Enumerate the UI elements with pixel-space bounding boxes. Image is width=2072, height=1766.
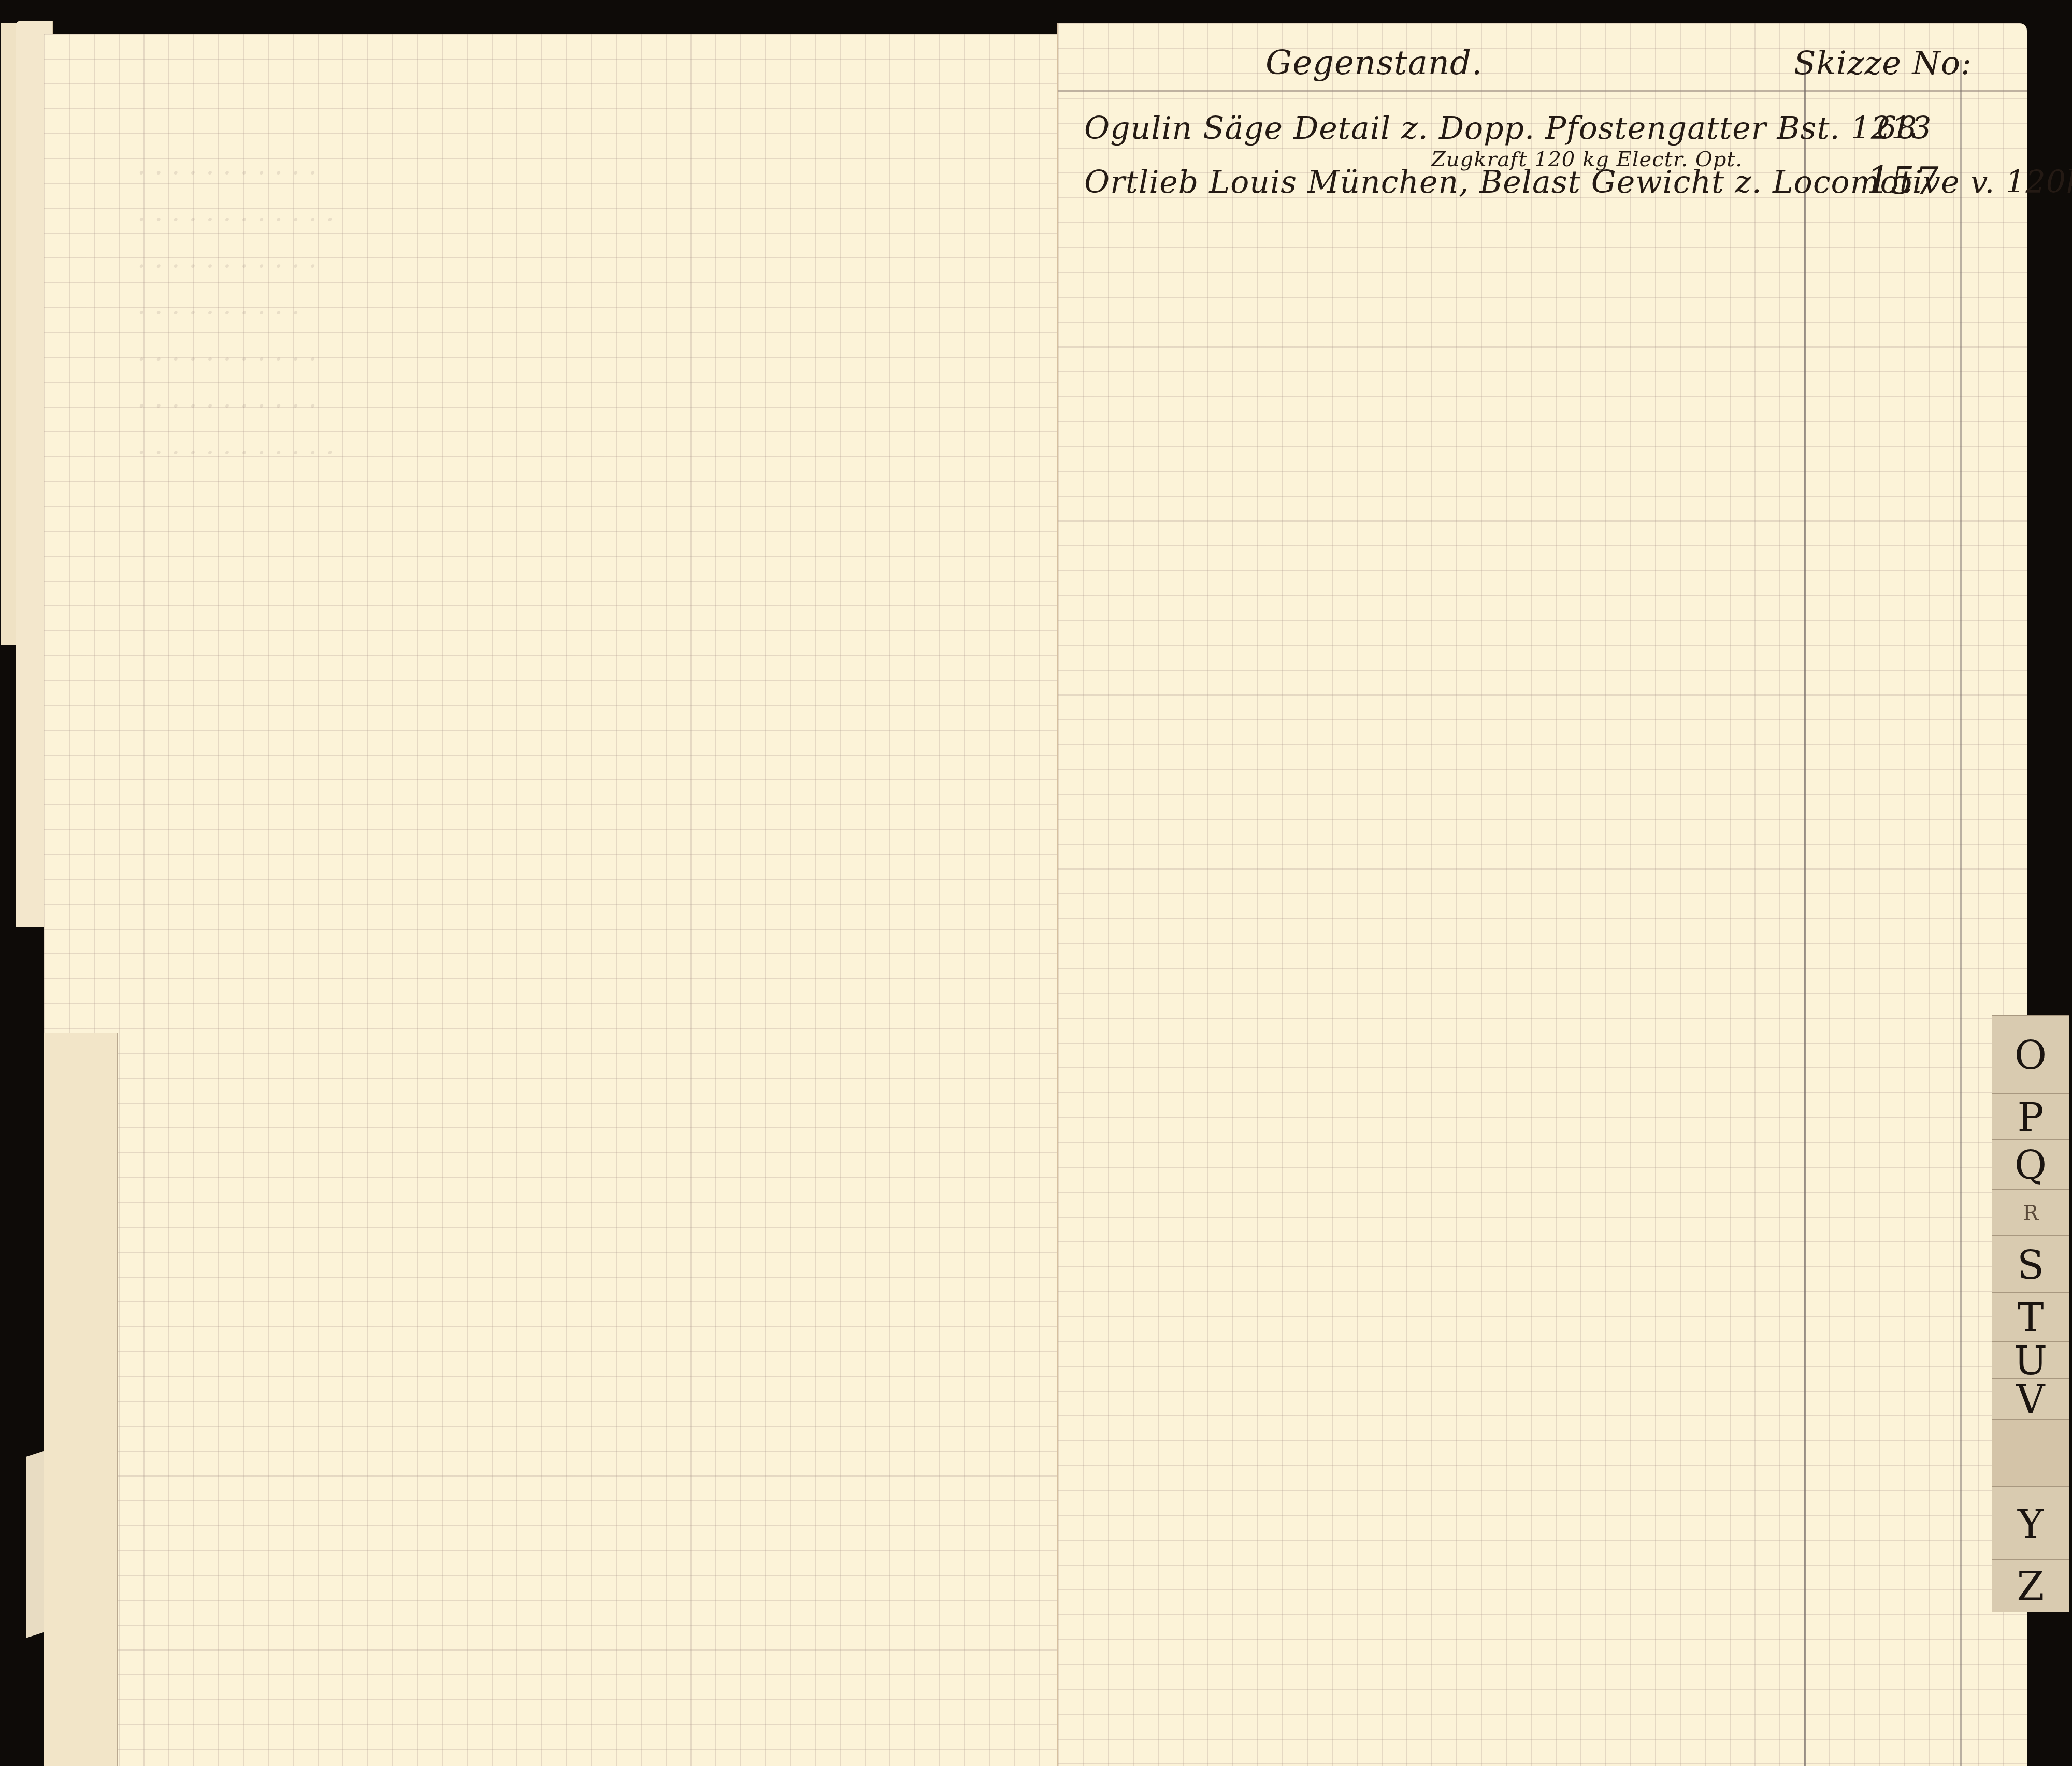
entry-sketch-no: 157 — [1866, 159, 1939, 202]
bleedthrough-line: · · · · · · · · · · · · — [137, 205, 334, 236]
entry-subject: Ogulin Säge Detail z. Dopp. Pfostengatte… — [1084, 110, 1932, 147]
left-page: · · · · · · · · · · · · · · · · · · · · … — [44, 34, 1057, 1766]
bleedthrough-line: · · · · · · · · · · — [137, 298, 300, 329]
bleedthrough-line: · · · · · · · · · · · — [137, 251, 317, 282]
column-divider — [1960, 60, 1962, 1766]
alphabet-index-tabs: O P Q R S T U V Y Z — [1992, 1015, 2072, 1766]
header-rule — [1058, 90, 2027, 92]
index-tab-u[interactable]: U — [1992, 1341, 2069, 1379]
index-tab-r[interactable]: R — [1992, 1189, 2069, 1236]
index-tab-v[interactable]: V — [1992, 1378, 2069, 1420]
column-divider — [1804, 60, 1806, 1766]
column-header-subject: Gegenstand. — [1265, 44, 1483, 82]
index-tab-z[interactable]: Z — [1992, 1559, 2069, 1612]
index-tab-p[interactable]: P — [1992, 1093, 2069, 1140]
bleedthrough-line: · · · · · · · · · · · — [137, 391, 317, 422]
index-tab-s[interactable]: S — [1992, 1235, 2069, 1293]
index-tab-t[interactable]: T — [1992, 1292, 2069, 1342]
index-tab-q[interactable]: Q — [1992, 1139, 2069, 1190]
entry-sketch-no: 68 — [1877, 110, 1917, 147]
index-tab-blank[interactable] — [1992, 1419, 2069, 1487]
bleedthrough-line: · · · · · · · · · · · — [137, 158, 317, 189]
index-tab-y[interactable]: Y — [1992, 1486, 2069, 1560]
index-tab-o[interactable]: O — [1992, 1015, 2069, 1094]
folded-page-edge — [44, 1033, 118, 1766]
column-header-sketch-no: Skizze No: — [1794, 44, 1972, 82]
bleedthrough-line: · · · · · · · · · · · · — [137, 438, 334, 469]
right-page: Gegenstand. Skizze No: Ogulin Säge Detai… — [1057, 23, 2027, 1766]
bleedthrough-line: · · · · · · · · · · · — [137, 344, 317, 375]
